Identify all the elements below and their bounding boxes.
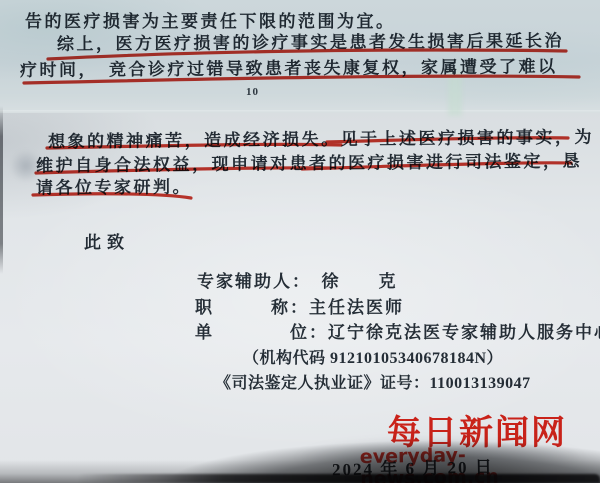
signature-line: 单 位：辽宁徐克法医专家辅助人服务中心 <box>195 318 600 343</box>
document-line: 请各位专家研判。 <box>36 172 192 198</box>
signature-line: （机构代码 91210105340678184N） <box>243 345 503 368</box>
signature-line: 专家辅助人： 徐 克 <box>197 267 398 292</box>
page-number: 10 <box>246 86 259 98</box>
signature-line: 《司法鉴定人执业证》证号：110013139047 <box>215 370 531 393</box>
document-line: 综上，医方医疗损害的诊疗事实是患者发生损害后果延长治 <box>57 26 564 55</box>
document-line: 维护自身合法权益，现申请对患者的医疗损害进行司法鉴定，恳 <box>36 147 582 177</box>
closing-text: 此致 <box>84 228 130 253</box>
scan-edge-shadow <box>0 106 3 274</box>
document-line: 疗时间， 竞合诊疗过错导致患者丧失康复权，家属遭受了难以 <box>20 52 558 81</box>
signature-line: 职 称：主任法医师 <box>195 293 404 318</box>
scan-bottom-edge <box>78 474 600 483</box>
scanned-document-page: 告的医疗损害为主要责任下限的范围为宜。 综上，医方医疗损害的诊疗事实是患者发生损… <box>0 0 600 483</box>
